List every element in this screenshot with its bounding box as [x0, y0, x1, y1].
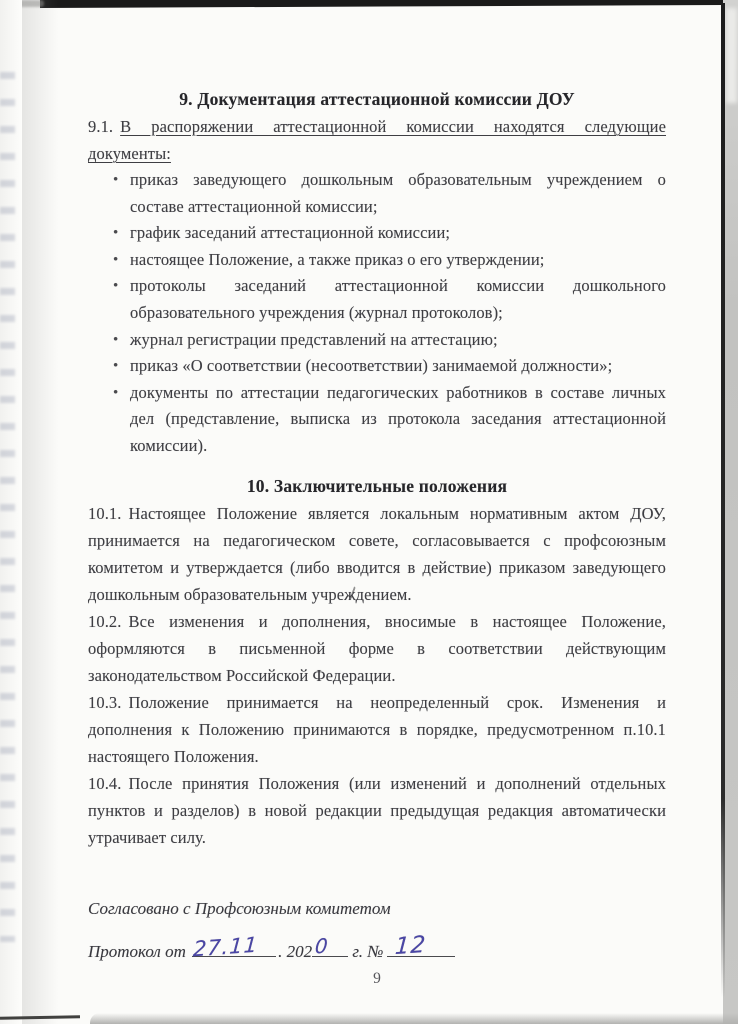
list-item: журнал регистрации представлений на атте…	[130, 327, 666, 354]
list-item: настоящее Положение, а также приказ о ег…	[130, 247, 666, 274]
clause-9-1-number: 9.1.	[88, 117, 113, 136]
clause-10-3-text: Положение принимается на неопределенный …	[88, 693, 666, 766]
handwritten-date: 27.11	[192, 932, 259, 961]
clause-10-2: 10.2.Все изменения и дополнения, вносимы…	[88, 608, 666, 689]
list-item: протоколы заседаний аттестационной комис…	[130, 273, 666, 326]
clause-9-1: 9.1.В распоряжении аттестационной комисс…	[88, 113, 666, 167]
clause-9-1-text: В распоряжении аттестационной комиссии н…	[88, 117, 666, 163]
clause-10-1-number: 10.1.	[88, 504, 122, 523]
scan-bleed-text-artifact	[0, 72, 15, 942]
list-item: документы по аттестации педагогических р…	[130, 380, 666, 460]
clause-10-3-number: 10.3.	[88, 693, 122, 712]
clause-10-3: 10.3.Положение принимается на неопределе…	[88, 689, 666, 770]
protocol-number-blank: 12	[387, 939, 455, 957]
list-item: приказ заведующего дошкольным образовате…	[130, 167, 666, 220]
protocol-date-blank: 27.11	[192, 939, 276, 957]
list-item: график заседаний аттестационной комиссии…	[130, 220, 666, 247]
clause-10-4-text: После принятия Положения (или изменений …	[88, 774, 666, 847]
page-fold-shadow	[22, 0, 74, 1024]
clause-10-4: 10.4.После принятия Положения (или измен…	[88, 770, 666, 851]
section-10-heading: 10. Заключительные положения	[88, 473, 666, 500]
protocol-year-blank: 0	[312, 939, 348, 957]
list-item: приказ «О соответствии (несоответствии) …	[130, 353, 666, 380]
documents-list: приказ заведующего дошкольным образовате…	[88, 167, 666, 460]
page-edge-line	[721, 3, 725, 998]
protocol-line: Протокол от 27.11. 2020 г. №12	[88, 939, 666, 962]
clause-10-1-text: Настоящее Положение является локальным н…	[88, 504, 666, 604]
handwritten-year-digit: 0	[314, 933, 329, 958]
protocol-prefix: Протокол от	[88, 942, 186, 961]
section-9-heading: 9. Документация аттестационной комиссии …	[88, 86, 666, 113]
protocol-year-printed: . 202	[278, 942, 312, 961]
scanned-document-page: 9. Документация аттестационной комиссии …	[0, 0, 738, 1024]
document-content: 9. Документация аттестационной комиссии …	[88, 0, 666, 962]
protocol-number-label: г. №	[352, 942, 383, 961]
clause-10-2-number: 10.2.	[88, 612, 122, 631]
scanner-edge-right	[723, 0, 738, 1024]
page-number: 9	[88, 970, 666, 988]
agreed-line: Согласовано с Профсоюзным комитетом	[88, 895, 666, 922]
clause-10-1: 10.1.Настоящее Положение является локаль…	[88, 500, 666, 608]
scanner-edge-bottom	[90, 1013, 738, 1024]
clause-10-4-number: 10.4.	[88, 774, 122, 793]
handwritten-protocol-number: 12	[394, 931, 427, 959]
clause-10-2-text: Все изменения и дополнения, вносимые в н…	[88, 612, 666, 685]
